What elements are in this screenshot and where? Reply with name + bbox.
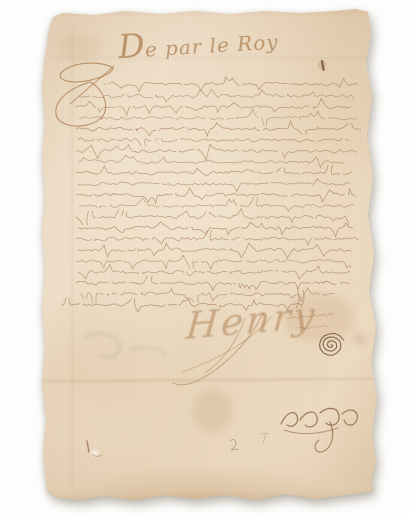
manuscript-paper: De par le Roy Henry	[0, 0, 410, 513]
photo-background: De par le Roy Henry	[0, 0, 410, 513]
manuscript-paper-wrap: De par le Roy Henry	[0, 0, 410, 513]
aged-edge-vignette	[0, 0, 410, 513]
